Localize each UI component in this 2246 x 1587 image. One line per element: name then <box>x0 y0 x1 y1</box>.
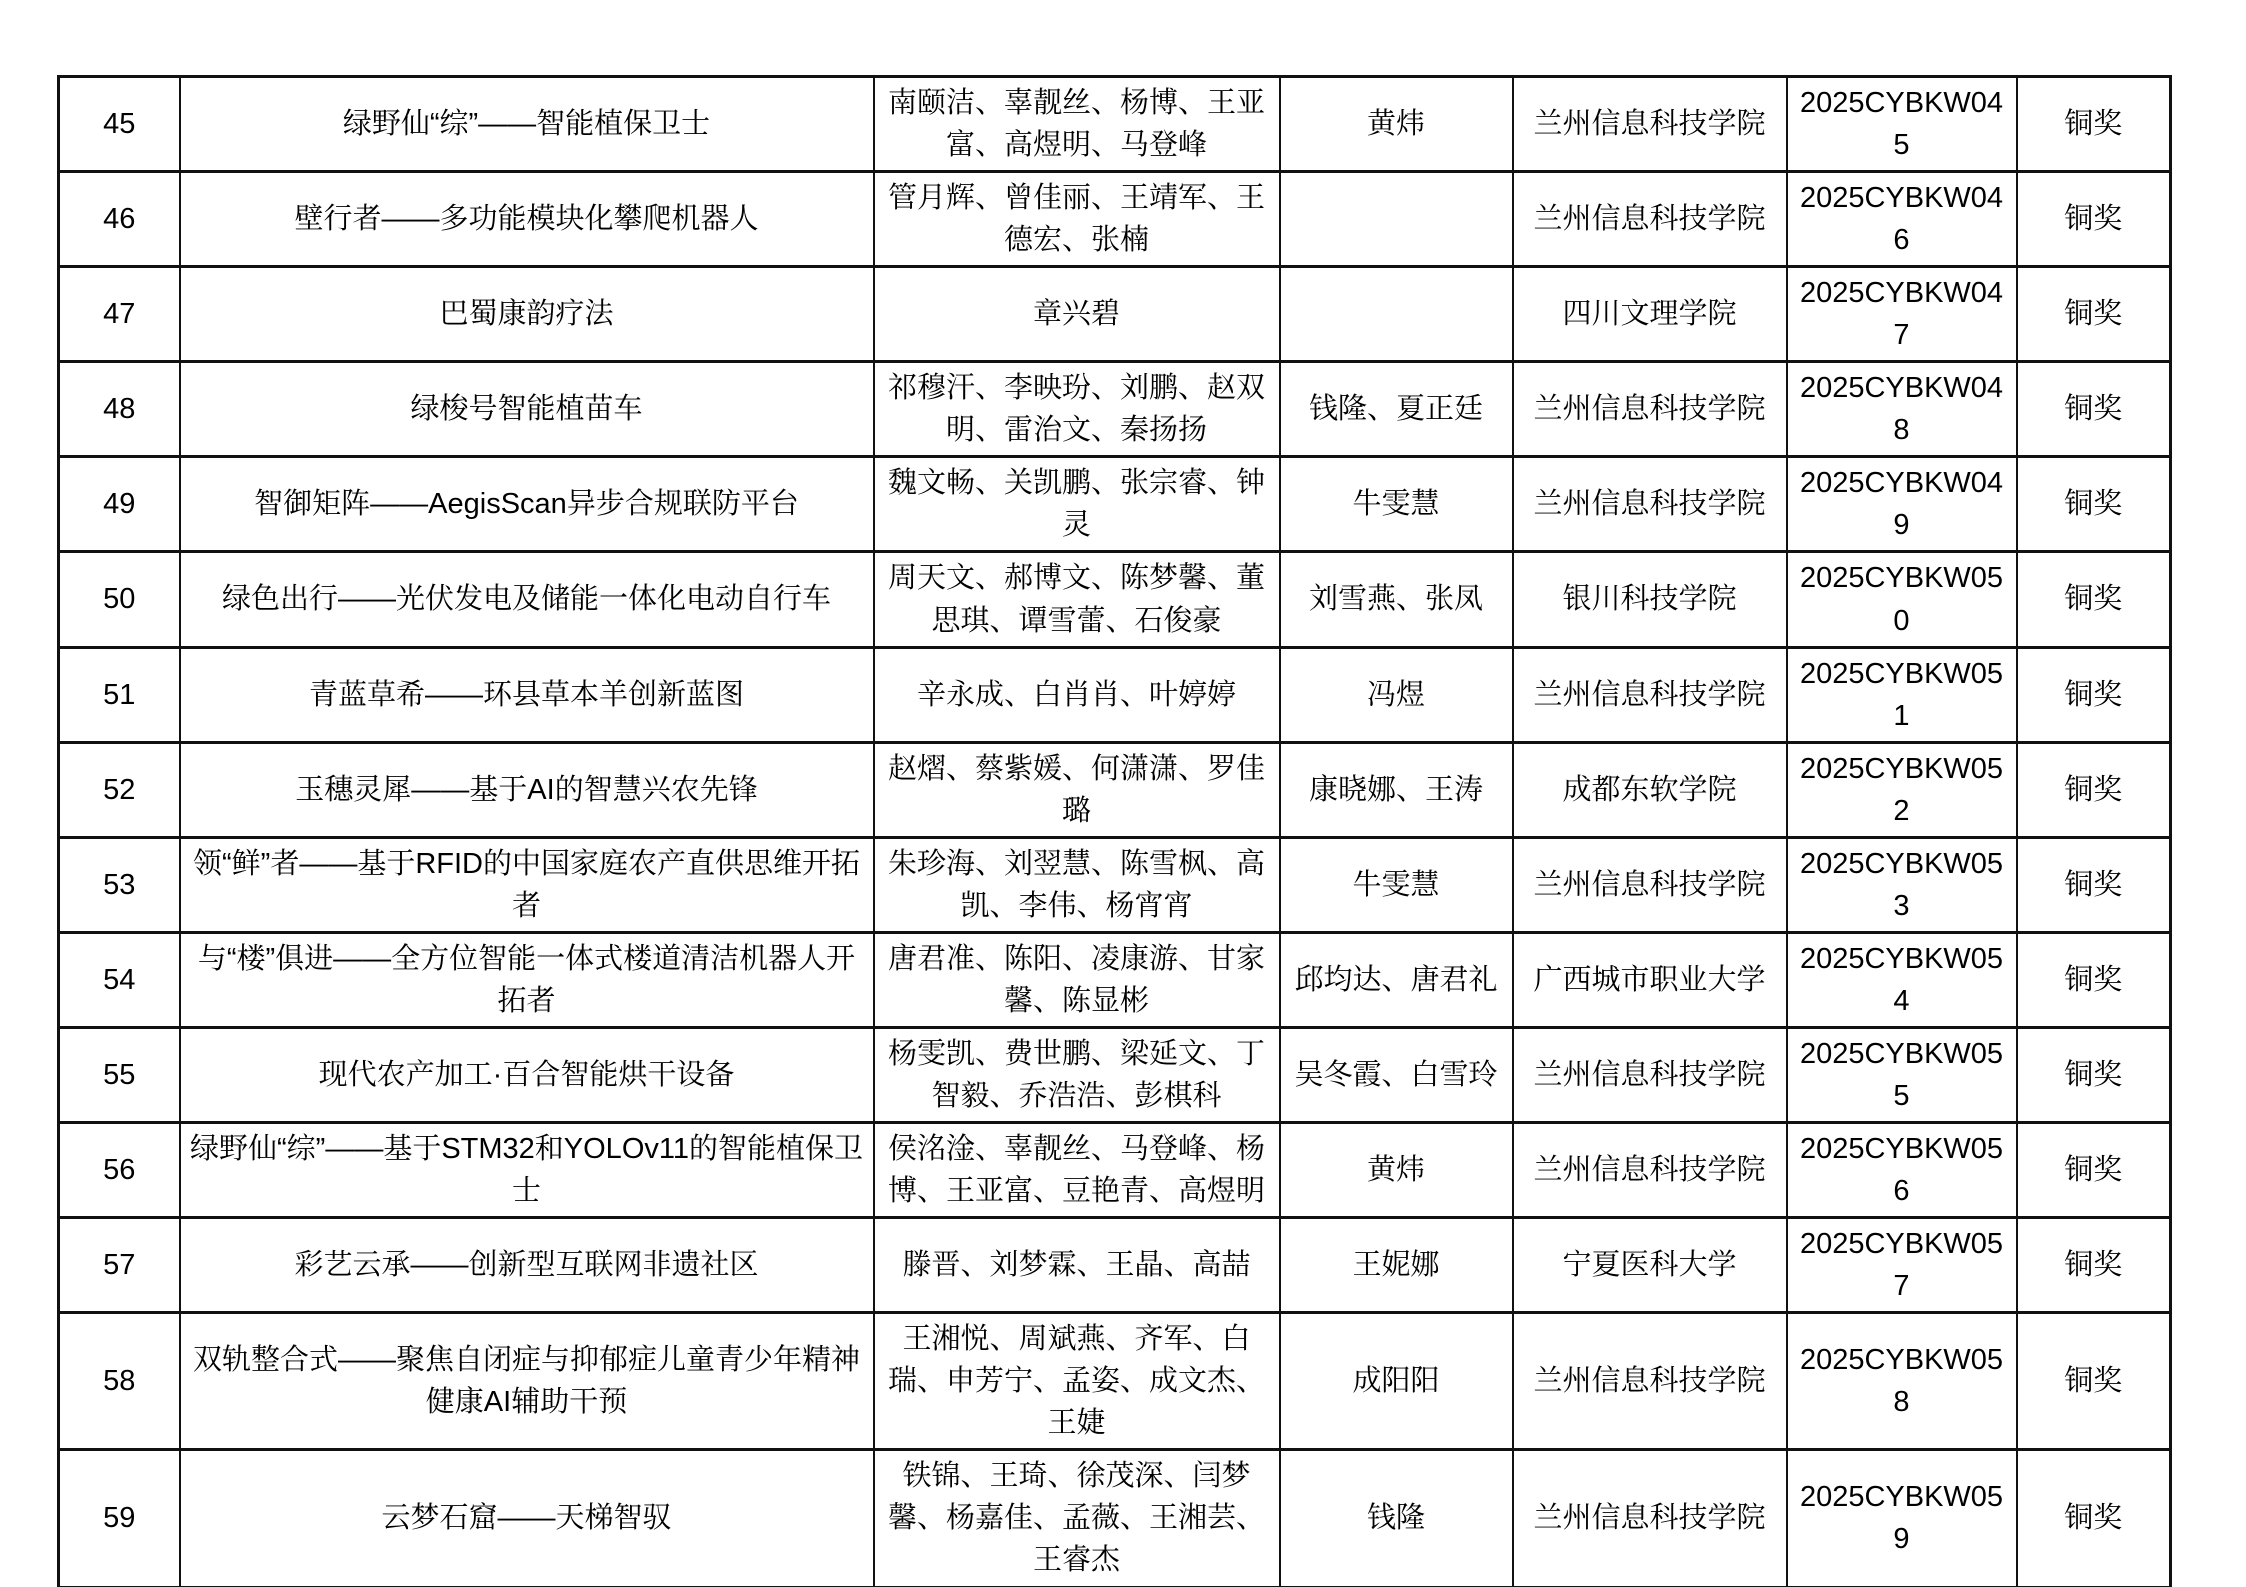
code-cell: 2025CYBKW050 <box>1787 552 2017 647</box>
award-cell: 铜奖 <box>2017 1123 2171 1218</box>
project-name-cell: 玉穗灵犀——基于AI的智慧兴农先锋 <box>180 742 874 837</box>
advisors-cell: 牛雯慧 <box>1280 837 1513 932</box>
advisors-cell: 成阳阳 <box>1280 1313 1513 1450</box>
advisors-cell: 黄炜 <box>1280 1123 1513 1218</box>
code-cell: 2025CYBKW057 <box>1787 1218 2017 1313</box>
project-name-cell: 现代农产加工·百合智能烘干设备 <box>180 1027 874 1122</box>
code-cell: 2025CYBKW055 <box>1787 1027 2017 1122</box>
table-row: 56绿野仙“综”——基于STM32和YOLOv11的智能植保卫士侯洺淦、辜靓丝、… <box>59 1123 2171 1218</box>
members-cell: 铁锦、王琦、徐茂深、闫梦馨、杨嘉佳、孟薇、王湘芸、王睿杰 <box>874 1450 1280 1587</box>
code-cell: 2025CYBKW052 <box>1787 742 2017 837</box>
advisors-cell: 邱均达、唐君礼 <box>1280 932 1513 1027</box>
award-cell: 铜奖 <box>2017 552 2171 647</box>
advisors-cell: 刘雪燕、张凤 <box>1280 552 1513 647</box>
members-cell: 南颐洁、辜靓丝、杨博、王亚富、高煜明、马登峰 <box>874 77 1280 172</box>
table-row: 48绿梭号智能植苗车祁穆汗、李映玢、刘鹏、赵双明、雷治文、秦扬扬钱隆、夏正廷兰州… <box>59 362 2171 457</box>
project-name-cell: 绿野仙“综”——智能植保卫士 <box>180 77 874 172</box>
code-cell: 2025CYBKW049 <box>1787 457 2017 552</box>
award-cell: 铜奖 <box>2017 1027 2171 1122</box>
project-name-cell: 绿梭号智能植苗车 <box>180 362 874 457</box>
project-name-cell: 云梦石窟——天梯智驭 <box>180 1450 874 1587</box>
advisors-cell: 冯煜 <box>1280 647 1513 742</box>
members-cell: 唐君准、陈阳、凌康游、甘家馨、陈显彬 <box>874 932 1280 1027</box>
members-cell: 侯洺淦、辜靓丝、马登峰、杨博、王亚富、豆艳青、高煜明 <box>874 1123 1280 1218</box>
row-number-cell: 45 <box>59 77 180 172</box>
award-cell: 铜奖 <box>2017 1450 2171 1587</box>
institution-cell: 兰州信息科技学院 <box>1513 172 1787 267</box>
row-number-cell: 47 <box>59 267 180 362</box>
code-cell: 2025CYBKW045 <box>1787 77 2017 172</box>
members-cell: 朱珍海、刘翌慧、陈雪枫、高凯、李伟、杨宵宵 <box>874 837 1280 932</box>
project-name-cell: 彩艺云承——创新型互联网非遗社区 <box>180 1218 874 1313</box>
institution-cell: 四川文理学院 <box>1513 267 1787 362</box>
advisors-cell: 牛雯慧 <box>1280 457 1513 552</box>
row-number-cell: 58 <box>59 1313 180 1450</box>
award-cell: 铜奖 <box>2017 647 2171 742</box>
award-cell: 铜奖 <box>2017 172 2171 267</box>
members-cell: 杨雯凯、费世鹏、梁延文、丁智毅、乔浩浩、彭棋科 <box>874 1027 1280 1122</box>
institution-cell: 兰州信息科技学院 <box>1513 362 1787 457</box>
members-cell: 章兴碧 <box>874 267 1280 362</box>
table-row: 46壁行者——多功能模块化攀爬机器人管月辉、曾佳丽、王靖军、王德宏、张楠兰州信息… <box>59 172 2171 267</box>
row-number-cell: 53 <box>59 837 180 932</box>
row-number-cell: 55 <box>59 1027 180 1122</box>
row-number-cell: 57 <box>59 1218 180 1313</box>
award-cell: 铜奖 <box>2017 932 2171 1027</box>
code-cell: 2025CYBKW048 <box>1787 362 2017 457</box>
code-cell: 2025CYBKW058 <box>1787 1313 2017 1450</box>
project-name-cell: 智御矩阵——AegisScan异步合规联防平台 <box>180 457 874 552</box>
project-name-cell: 壁行者——多功能模块化攀爬机器人 <box>180 172 874 267</box>
code-cell: 2025CYBKW053 <box>1787 837 2017 932</box>
advisors-cell: 康晓娜、王涛 <box>1280 742 1513 837</box>
award-cell: 铜奖 <box>2017 457 2171 552</box>
award-cell: 铜奖 <box>2017 742 2171 837</box>
row-number-cell: 56 <box>59 1123 180 1218</box>
table-row: 57彩艺云承——创新型互联网非遗社区滕晋、刘梦霖、王晶、高喆王妮娜宁夏医科大学2… <box>59 1218 2171 1313</box>
institution-cell: 广西城市职业大学 <box>1513 932 1787 1027</box>
code-cell: 2025CYBKW047 <box>1787 267 2017 362</box>
table-row: 55现代农产加工·百合智能烘干设备杨雯凯、费世鹏、梁延文、丁智毅、乔浩浩、彭棋科… <box>59 1027 2171 1122</box>
award-cell: 铜奖 <box>2017 77 2171 172</box>
members-cell: 滕晋、刘梦霖、王晶、高喆 <box>874 1218 1280 1313</box>
institution-cell: 兰州信息科技学院 <box>1513 837 1787 932</box>
project-name-cell: 与“楼”俱进——全方位智能一体式楼道清洁机器人开拓者 <box>180 932 874 1027</box>
project-name-cell: 绿色出行——光伏发电及储能一体化电动自行车 <box>180 552 874 647</box>
code-cell: 2025CYBKW046 <box>1787 172 2017 267</box>
project-name-cell: 绿野仙“综”——基于STM32和YOLOv11的智能植保卫士 <box>180 1123 874 1218</box>
code-cell: 2025CYBKW059 <box>1787 1450 2017 1587</box>
project-name-cell: 领“鲜”者——基于RFID的中国家庭农产直供思维开拓者 <box>180 837 874 932</box>
members-cell: 赵熠、蔡紫媛、何潇潇、罗佳璐 <box>874 742 1280 837</box>
awards-table-body: 45绿野仙“综”——智能植保卫士南颐洁、辜靓丝、杨博、王亚富、高煜明、马登峰黄炜… <box>59 77 2171 1587</box>
table-row: 52玉穗灵犀——基于AI的智慧兴农先锋赵熠、蔡紫媛、何潇潇、罗佳璐康晓娜、王涛成… <box>59 742 2171 837</box>
advisors-cell: 钱隆 <box>1280 1450 1513 1587</box>
project-name-cell: 巴蜀康韵疗法 <box>180 267 874 362</box>
members-cell: 祁穆汗、李映玢、刘鹏、赵双明、雷治文、秦扬扬 <box>874 362 1280 457</box>
institution-cell: 兰州信息科技学院 <box>1513 647 1787 742</box>
award-cell: 铜奖 <box>2017 267 2171 362</box>
table-row: 45绿野仙“综”——智能植保卫士南颐洁、辜靓丝、杨博、王亚富、高煜明、马登峰黄炜… <box>59 77 2171 172</box>
institution-cell: 银川科技学院 <box>1513 552 1787 647</box>
row-number-cell: 50 <box>59 552 180 647</box>
institution-cell: 宁夏医科大学 <box>1513 1218 1787 1313</box>
table-row: 58双轨整合式——聚焦自闭症与抑郁症儿童青少年精神健康AI辅助干预王湘悦、周斌燕… <box>59 1313 2171 1450</box>
row-number-cell: 59 <box>59 1450 180 1587</box>
award-cell: 铜奖 <box>2017 1313 2171 1450</box>
institution-cell: 兰州信息科技学院 <box>1513 77 1787 172</box>
row-number-cell: 48 <box>59 362 180 457</box>
code-cell: 2025CYBKW054 <box>1787 932 2017 1027</box>
award-cell: 铜奖 <box>2017 837 2171 932</box>
table-row: 59云梦石窟——天梯智驭铁锦、王琦、徐茂深、闫梦馨、杨嘉佳、孟薇、王湘芸、王睿杰… <box>59 1450 2171 1587</box>
document-page: 45绿野仙“综”——智能植保卫士南颐洁、辜靓丝、杨博、王亚富、高煜明、马登峰黄炜… <box>0 0 2246 1587</box>
institution-cell: 兰州信息科技学院 <box>1513 1123 1787 1218</box>
table-row: 53领“鲜”者——基于RFID的中国家庭农产直供思维开拓者朱珍海、刘翌慧、陈雪枫… <box>59 837 2171 932</box>
code-cell: 2025CYBKW051 <box>1787 647 2017 742</box>
row-number-cell: 54 <box>59 932 180 1027</box>
members-cell: 管月辉、曾佳丽、王靖军、王德宏、张楠 <box>874 172 1280 267</box>
institution-cell: 兰州信息科技学院 <box>1513 457 1787 552</box>
institution-cell: 兰州信息科技学院 <box>1513 1313 1787 1450</box>
advisors-cell: 吴冬霞、白雪玲 <box>1280 1027 1513 1122</box>
table-row: 51青蓝草希——环县草本羊创新蓝图辛永成、白肖肖、叶婷婷冯煜兰州信息科技学院20… <box>59 647 2171 742</box>
table-row: 54与“楼”俱进——全方位智能一体式楼道清洁机器人开拓者唐君准、陈阳、凌康游、甘… <box>59 932 2171 1027</box>
row-number-cell: 52 <box>59 742 180 837</box>
project-name-cell: 青蓝草希——环县草本羊创新蓝图 <box>180 647 874 742</box>
advisors-cell: 黄炜 <box>1280 77 1513 172</box>
advisors-cell <box>1280 267 1513 362</box>
row-number-cell: 49 <box>59 457 180 552</box>
table-row: 49智御矩阵——AegisScan异步合规联防平台魏文畅、关凯鹏、张宗睿、钟灵牛… <box>59 457 2171 552</box>
awards-table: 45绿野仙“综”——智能植保卫士南颐洁、辜靓丝、杨博、王亚富、高煜明、马登峰黄炜… <box>57 75 2172 1587</box>
members-cell: 辛永成、白肖肖、叶婷婷 <box>874 647 1280 742</box>
table-row: 50绿色出行——光伏发电及储能一体化电动自行车周天文、郝博文、陈梦馨、董思琪、谭… <box>59 552 2171 647</box>
code-cell: 2025CYBKW056 <box>1787 1123 2017 1218</box>
institution-cell: 兰州信息科技学院 <box>1513 1027 1787 1122</box>
award-cell: 铜奖 <box>2017 1218 2171 1313</box>
members-cell: 周天文、郝博文、陈梦馨、董思琪、谭雪蕾、石俊豪 <box>874 552 1280 647</box>
members-cell: 魏文畅、关凯鹏、张宗睿、钟灵 <box>874 457 1280 552</box>
row-number-cell: 51 <box>59 647 180 742</box>
table-row: 47巴蜀康韵疗法章兴碧四川文理学院2025CYBKW047铜奖 <box>59 267 2171 362</box>
row-number-cell: 46 <box>59 172 180 267</box>
advisors-cell <box>1280 172 1513 267</box>
award-cell: 铜奖 <box>2017 362 2171 457</box>
project-name-cell: 双轨整合式——聚焦自闭症与抑郁症儿童青少年精神健康AI辅助干预 <box>180 1313 874 1450</box>
institution-cell: 成都东软学院 <box>1513 742 1787 837</box>
advisors-cell: 王妮娜 <box>1280 1218 1513 1313</box>
institution-cell: 兰州信息科技学院 <box>1513 1450 1787 1587</box>
members-cell: 王湘悦、周斌燕、齐军、白瑞、申芳宁、孟姿、成文杰、王婕 <box>874 1313 1280 1450</box>
advisors-cell: 钱隆、夏正廷 <box>1280 362 1513 457</box>
